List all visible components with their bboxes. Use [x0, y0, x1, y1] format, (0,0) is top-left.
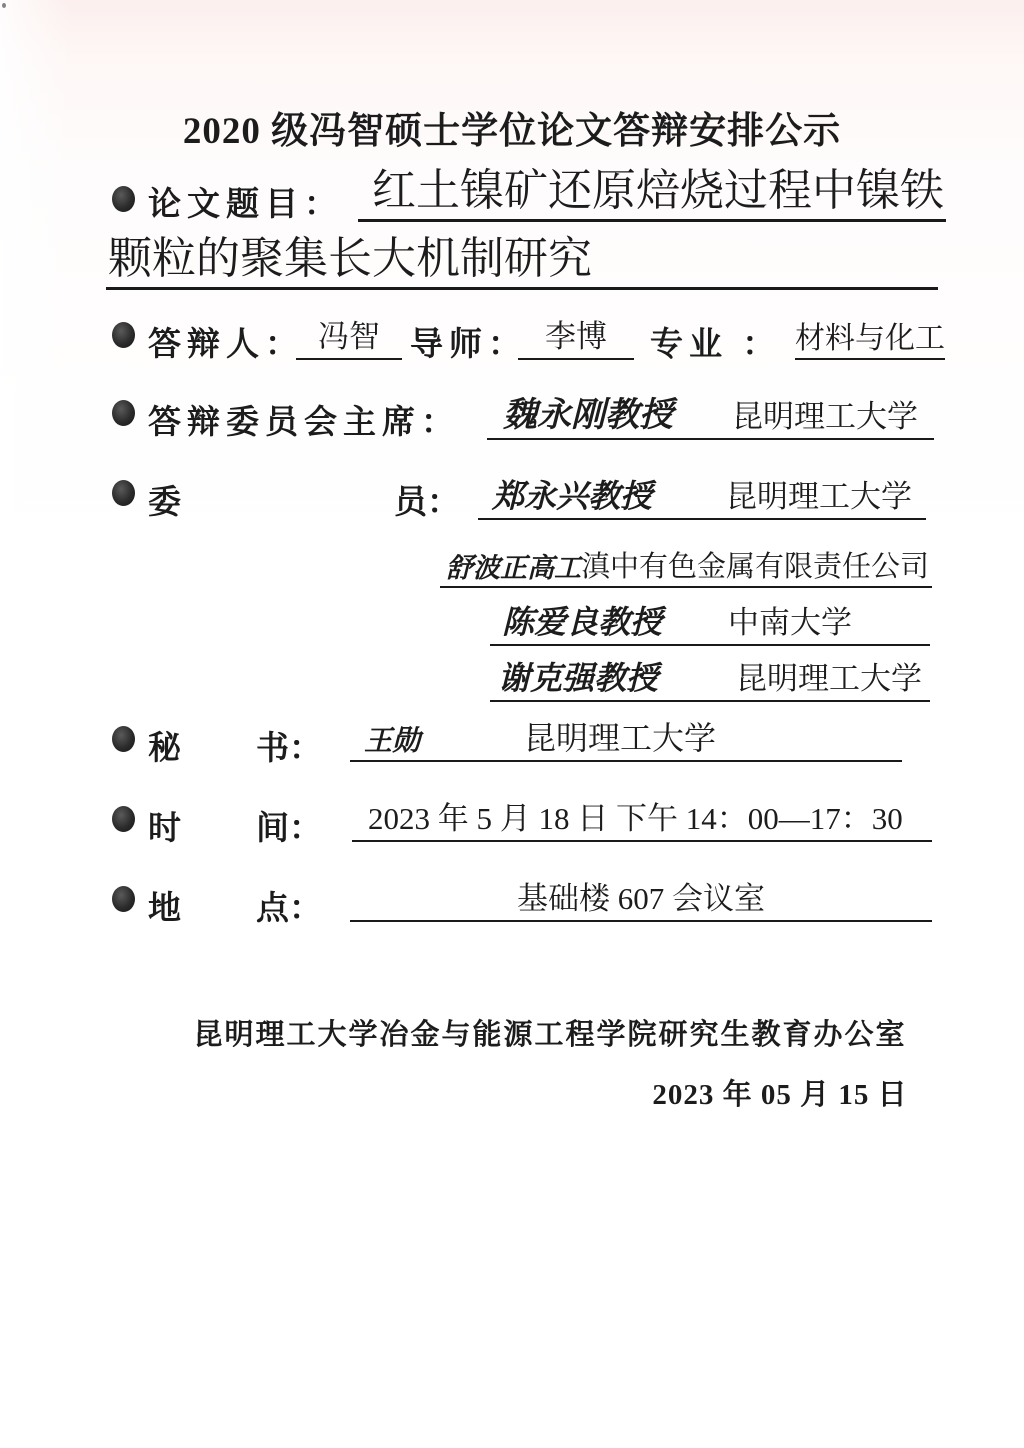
place-label-left: 地 — [148, 882, 181, 929]
committee-label-right: 员： — [394, 476, 460, 523]
secretary-label-right: 书： — [256, 722, 322, 769]
committee-member-name: 舒波正高工 — [446, 554, 581, 582]
secretary-underline: 王勋 昆明理工大学 — [350, 718, 902, 762]
committee-label: 委 员： — [148, 476, 460, 523]
chair-affiliation: 昆明理工大学 — [732, 401, 918, 434]
defender-name-underline: 冯智 — [296, 316, 402, 360]
committee-member-affiliation: 昆明理工大学 — [726, 481, 912, 514]
defender-name: 冯智 — [318, 321, 380, 354]
chair-underline: 魏永刚教授 昆明理工大学 — [487, 394, 934, 440]
bullet-icon — [112, 480, 135, 506]
thesis-title-line2-underline: 颗粒的聚集长大机制研究 — [106, 232, 938, 290]
bullet-icon — [112, 400, 135, 426]
advisor-name-underline: 李博 — [518, 316, 634, 360]
committee-member-name: 郑永兴教授 — [492, 480, 652, 514]
secretary-affiliation: 昆明理工大学 — [524, 722, 716, 756]
thesis-title-line1: 红土镍矿还原焙烧过程中镍铁 — [372, 168, 944, 214]
secretary-label-left: 秘 — [148, 722, 181, 769]
advisor-name: 李博 — [545, 321, 607, 354]
scan-speck — [2, 3, 6, 8]
committee-member-underline: 舒波正高工 滇中有色金属有限责任公司 — [440, 546, 932, 588]
place-value: 基础楼 607 会议室 — [517, 883, 765, 916]
footer-date: 2023 年 05 月 15 日 — [640, 1072, 920, 1113]
committee-label-left: 委 — [148, 476, 181, 523]
time-label-right: 间： — [256, 802, 322, 849]
bullet-icon — [112, 322, 135, 348]
major-label: 专业 ： — [650, 318, 781, 365]
time-label-left: 时 — [148, 802, 181, 849]
bullet-icon — [112, 886, 135, 912]
chair-label: 答辩委员会主席： — [148, 396, 460, 443]
secretary-name: 王勋 — [364, 727, 420, 756]
committee-member-affiliation: 昆明理工大学 — [736, 663, 922, 696]
thesis-title-line2: 颗粒的聚集长大机制研究 — [108, 236, 592, 282]
time-label: 时 间： — [148, 802, 322, 849]
thesis-label: 论文题目： — [148, 178, 343, 225]
committee-member-name: 陈爱良教授 — [502, 606, 662, 640]
page-title: 2020 级冯智硕士学位论文答辩安排公示 — [0, 100, 1024, 154]
advisor-label: 导师： — [410, 318, 527, 365]
time-underline: 2023 年 5 月 18 日 下午 14：00—17：30 — [352, 798, 932, 842]
committee-member-underline: 郑永兴教授 昆明理工大学 — [478, 474, 926, 520]
committee-member-name: 谢克强教授 — [498, 662, 658, 696]
committee-member-affiliation: 滇中有色金属有限责任公司 — [581, 552, 929, 582]
major-underline: 材料与化工 — [795, 316, 945, 360]
bullet-icon — [112, 186, 135, 212]
secretary-label: 秘 书： — [148, 722, 322, 769]
bullet-icon — [112, 726, 135, 752]
major-value: 材料与化工 — [795, 323, 945, 355]
time-value: 2023 年 5 月 18 日 下午 14：00—17：30 — [368, 803, 903, 836]
place-label: 地 点： — [148, 882, 322, 929]
defender-label: 答辩人： — [148, 318, 304, 365]
place-underline: 基础楼 607 会议室 — [350, 878, 932, 922]
committee-member-affiliation: 中南大学 — [728, 607, 852, 640]
thesis-title-line1-underline: 红土镍矿还原焙烧过程中镍铁 — [358, 164, 946, 222]
chair-name: 魏永刚教授 — [503, 398, 673, 434]
place-label-right: 点： — [256, 882, 322, 929]
footer-office: 昆明理工大学冶金与能源工程学院研究生教育办公室 — [150, 1012, 950, 1053]
committee-member-underline: 谢克强教授 昆明理工大学 — [490, 658, 930, 702]
committee-member-underline: 陈爱良教授 中南大学 — [490, 602, 930, 646]
bullet-icon — [112, 806, 135, 832]
